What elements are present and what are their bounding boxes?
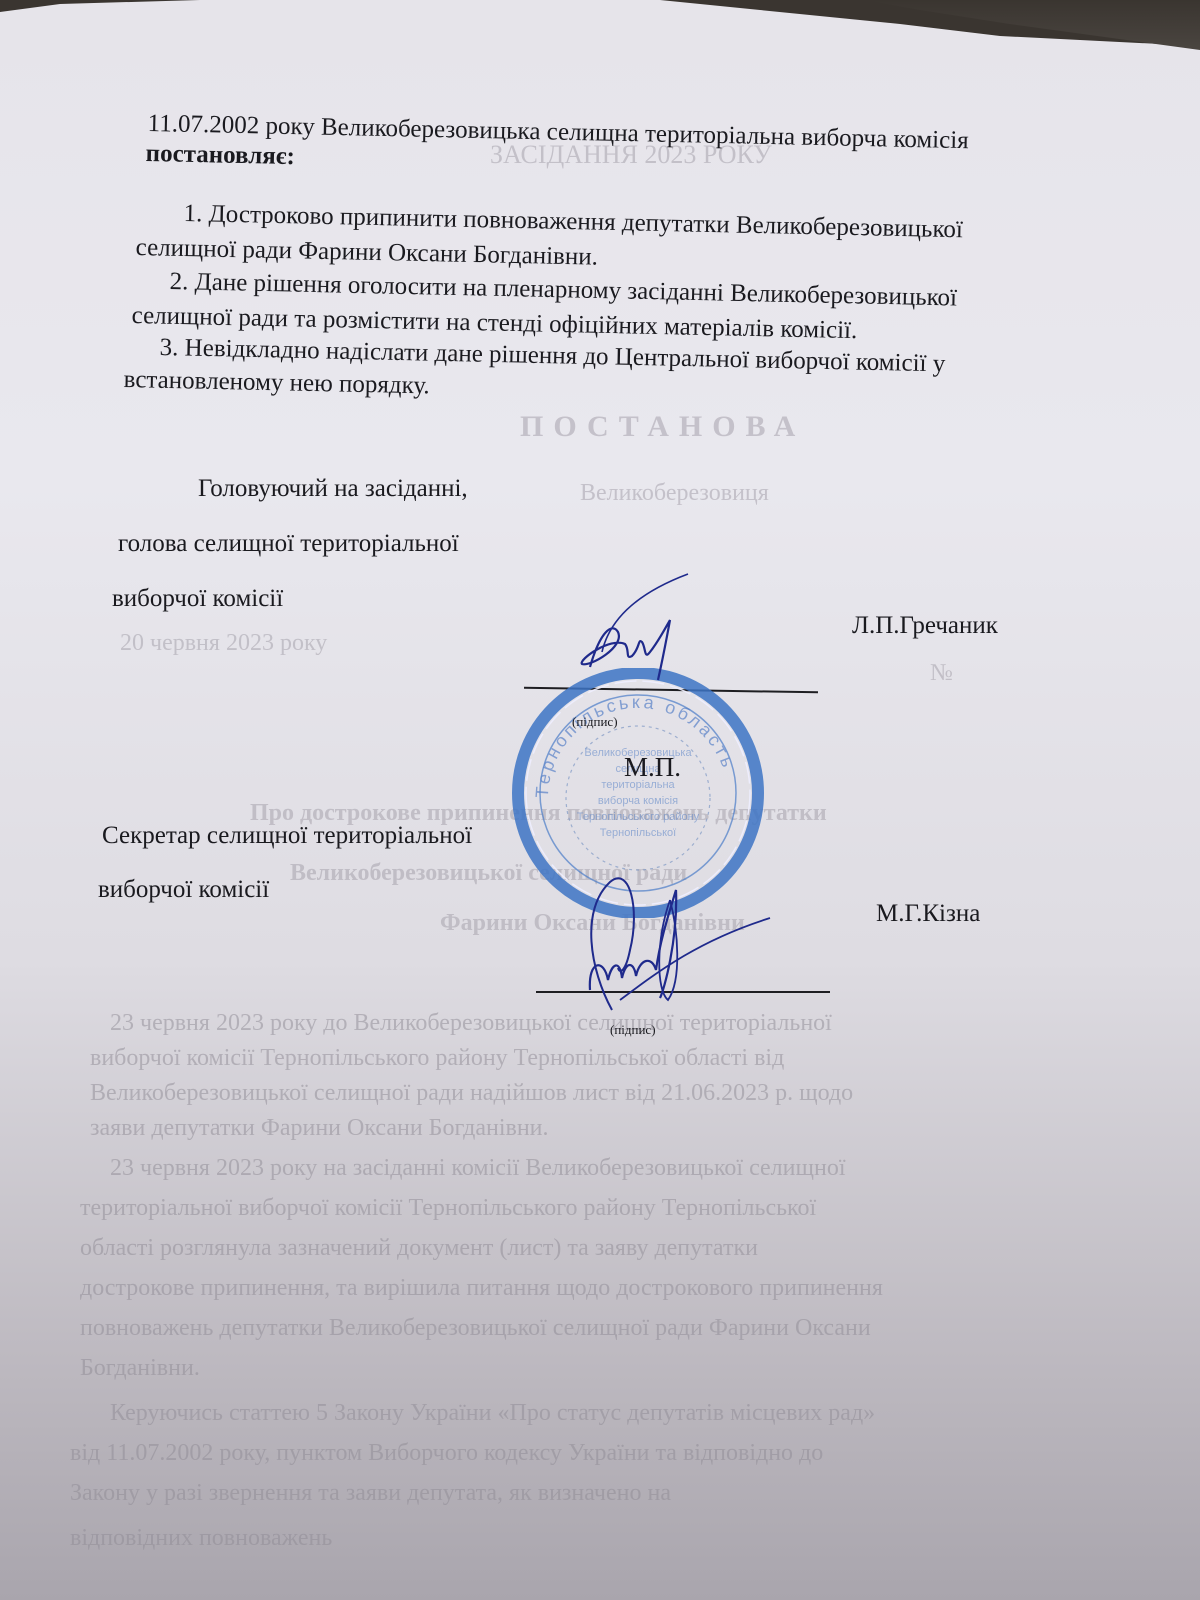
ghost-number: № (930, 660, 953, 687)
ghost-title: ПОСТАНОВА (520, 410, 805, 444)
chair-title-line-1: Головуючий на засіданні, (198, 475, 468, 503)
ghost-line: виборчої комісії Тернопільського району … (90, 1045, 784, 1072)
secretary-title-line-2: виборчої комісії (98, 876, 269, 904)
ghost-line: Керуючись статтею 5 Закону України «Про … (110, 1400, 875, 1427)
ghost-line: дострокове припинення, та вирішила питан… (80, 1275, 883, 1302)
seal-label: М.П. (624, 752, 681, 783)
secretary-signature-caption: (підпис) (610, 1022, 656, 1038)
svg-text:виборча комісія: виборча комісія (598, 795, 678, 807)
ghost-line: територіальної виборчої комісії Тернопіл… (80, 1195, 816, 1222)
ghost-line: від 11.07.2002 року, пунктом Виборчого к… (70, 1440, 823, 1467)
chair-name: Л.П.Гречаник (852, 612, 998, 640)
decision-keyword: постановляє: (145, 140, 295, 171)
secretary-name: М.Г.Кізна (876, 900, 980, 928)
ghost-line: відповідних повноважень (70, 1525, 332, 1552)
chair-title-line-3: виборчої комісії (112, 585, 283, 613)
svg-text:Тернопільської: Тернопільської (600, 827, 676, 839)
svg-text:Тернопільського району: Тернопільського району (577, 811, 700, 823)
chair-signature-caption: (підпис) (572, 714, 618, 730)
ghost-place: Великоберезовиця (580, 480, 769, 507)
ghost-line: Закону у разі звернення та заяви депутат… (70, 1480, 671, 1507)
ghost-line: 23 червня 2023 року на засіданні комісії… (110, 1155, 846, 1182)
ghost-line: заяви депутатки Фарини Оксани Богданівни… (90, 1115, 549, 1142)
ghost-line: Великоберезовицької селищної ради надійш… (90, 1080, 853, 1107)
chair-signature-icon (570, 572, 700, 702)
secretary-signature-icon (560, 870, 780, 1020)
secretary-title-line-1: Секретар селищної територіальної (102, 822, 472, 850)
ghost-line: Богданівни. (80, 1355, 200, 1382)
ghost-line: області розглянула зазначений документ (… (80, 1235, 758, 1262)
chair-title-line-2: голова селищної територіальної (118, 530, 459, 558)
ghost-date: 20 червня 2023 року (120, 630, 327, 657)
ghost-line: повноважень депутатки Великоберезовицько… (80, 1315, 871, 1342)
